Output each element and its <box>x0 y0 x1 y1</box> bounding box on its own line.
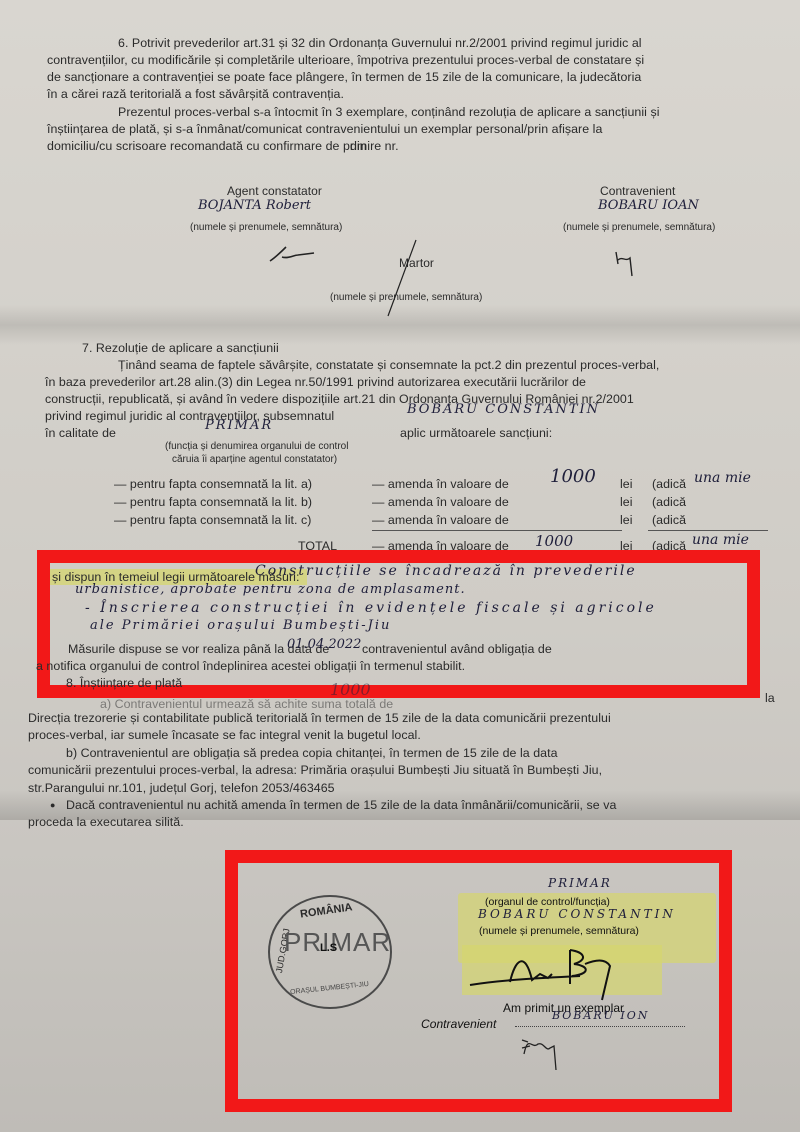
copies-line: Prezentul proces-verbal s-a întocmit în … <box>118 104 660 120</box>
notify-line: a notifica organului de control îndeplin… <box>36 658 465 674</box>
organ-value: PRIMAR <box>548 876 612 890</box>
sanction-adica: (adică <box>652 476 686 492</box>
sanction-fapta: — pentru fapta consemnată la lit. b) <box>114 494 312 510</box>
calitate-value: PRIMAR <box>205 418 273 433</box>
stamp-ls-text: L.S <box>320 942 337 954</box>
contravenient-label: Contravenient <box>600 183 675 199</box>
dotted-line <box>515 1026 685 1027</box>
measures-handwritten: urbanistice, aprobate pentru zona de amp… <box>75 582 466 597</box>
agent-label: Agent constatator <box>227 183 322 199</box>
subsemnatul-name: BOBARU CONSTANTIN <box>407 402 600 417</box>
contravenient-bottom-label: Contravenient <box>421 1016 496 1032</box>
section8-bullet-line: Dacă contravenientul nu achită amenda în… <box>66 797 616 813</box>
section6-line: în a cărei rază teritorială a fost săvâr… <box>47 86 344 102</box>
total-rule <box>372 530 622 531</box>
contravenient-bottom-name: BOBARU ION <box>552 1009 649 1022</box>
stamp-center-text: PRIMAR <box>284 927 391 958</box>
section8-a-amount: 1000 <box>330 680 371 699</box>
copies-line: domiciliu/cu scrisoare recomandată cu co… <box>47 138 399 154</box>
aplic-label: aplic următoarele sancțiuni: <box>400 425 552 441</box>
martor-strike-line <box>380 238 420 318</box>
sanction-lei: lei <box>620 494 633 510</box>
sanction-lei: lei <box>620 476 633 492</box>
section8-a-end: la <box>765 690 775 706</box>
section7-line: Ținând seama de faptele săvârșite, const… <box>118 357 659 373</box>
sanction-lei: lei <box>620 512 633 528</box>
sanction-adica: (adică <box>652 494 686 510</box>
contravenient-caption: (numele și prenumele, semnătura) <box>563 222 715 233</box>
sanction-adica-value: una mie <box>694 470 751 486</box>
section8-bullet-line: procedа la executarea silită. <box>28 814 184 830</box>
copies-line: înștiințarea de plată, și s-a înmânat/co… <box>47 121 602 137</box>
section8-line: comunicării prezentului proces-verbal, l… <box>28 762 602 778</box>
deadline-suffix: contravenientul având obligația de <box>362 641 552 657</box>
name-caption: (numele și prenumele, semnătura) <box>479 925 639 937</box>
sanction-amenda: — amenda în valoare de <box>372 476 509 492</box>
section8-line: Direcția trezorerie și contabilitate pub… <box>28 710 611 726</box>
calitate-caption-2: căruia îi aparține agentul constatator) <box>172 454 337 465</box>
stamp-bottom-text: ORAȘUL BUMBEȘTI-JIU <box>290 981 369 996</box>
agent-caption: (numele și prenumele, semnătura) <box>190 222 342 233</box>
bullet-icon: ● <box>50 797 56 813</box>
section7-title: 7. Rezoluție de aplicare a sancțiunii <box>82 340 279 356</box>
sanction-adica: (adică <box>652 512 686 528</box>
total-rule <box>648 530 768 531</box>
contravenient-signature-icon <box>612 248 642 278</box>
section8-line: proces-verbal, iar sumele încasate se fa… <box>28 727 421 743</box>
deadline-date: 01.04.2022 <box>287 637 361 652</box>
section8-line: str.Parangului nr.101, județul Gorj, tel… <box>28 780 335 796</box>
agent-name: BOJANTA Robert <box>198 198 311 213</box>
calitate-caption-1: (funcția și denumirea organului de contr… <box>165 441 348 452</box>
contravenient-bottom-signature-icon <box>520 1030 570 1080</box>
total-valoare: 1000 <box>535 532 573 550</box>
calitate-label: în calitate de <box>45 425 116 441</box>
section8-line: b) Contravenientul are obligația să pred… <box>66 745 558 761</box>
measures-handwritten: - Înscrierea construcției în evidențele … <box>85 600 657 616</box>
section6-line: de sancționare a contravenției se poate … <box>47 69 641 85</box>
section7-line: în baza prevederilor art.28 alin.(3) din… <box>45 374 586 390</box>
sanction-valoare: 1000 <box>550 466 596 487</box>
sanction-fapta: — pentru fapta consemnată la lit. a) <box>114 476 312 492</box>
sanction-amenda: — amenda în valoare de <box>372 512 509 528</box>
total-adica-value: una mie <box>692 532 749 548</box>
section6-line: contravențiilor, cu modificările și comp… <box>47 52 644 68</box>
section6-line: 6. Potrivit prevederilor art.31 și 32 di… <box>118 35 642 51</box>
measures-handwritten: Construcțiile se încadrează în prevederi… <box>255 563 637 579</box>
stamp-top-text: ROMÂNIA <box>299 901 353 920</box>
sanction-amenda: — amenda în valoare de <box>372 494 509 510</box>
section8-title: 8. Înștiințare de plată <box>66 675 182 691</box>
section7-line: privind regimul juridic al contravențiil… <box>45 408 334 424</box>
copies-line-din: din <box>350 138 367 154</box>
official-stamp: ROMÂNIA JUD.GORJ PRIMAR L.S ORAȘUL BUMBE… <box>268 895 392 1009</box>
name-value: BOBARU CONSTANTIN <box>478 907 676 921</box>
sanction-fapta: — pentru fapta consemnată la lit. c) <box>114 512 311 528</box>
measures-handwritten: ale Primăriei orașului Bumbești-Jiu <box>90 618 391 633</box>
contravenient-name: BOBARU IOAN <box>598 198 699 213</box>
agent-signature-icon <box>268 243 318 265</box>
